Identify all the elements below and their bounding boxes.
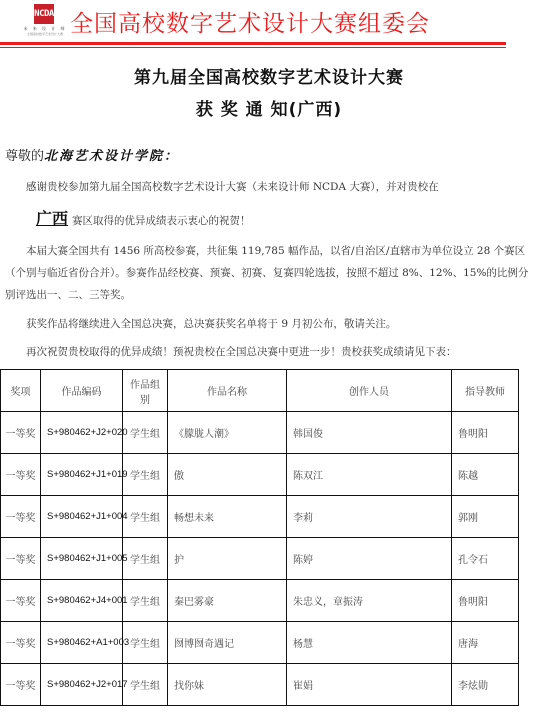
cell-advisor: 李炫勋 [452, 664, 519, 706]
region-congrats: 赛区取得的优异成绩表示衷心的祝贺！ [72, 215, 251, 227]
cell-group: 学生组 [123, 412, 168, 454]
cell-creators: 韩国俊 [287, 412, 452, 454]
cell-group: 学生组 [123, 622, 168, 664]
header-advisor: 指导教师 [452, 370, 519, 412]
cell-title: 《朦胧人潮》 [168, 412, 287, 454]
cell-advisor: 陈越 [452, 454, 519, 496]
cell-code: S+980462+J1+019 [41, 454, 123, 496]
region-name: 广西 [36, 209, 68, 228]
header-group: 作品组别 [123, 370, 168, 412]
cell-title: 傲 [168, 454, 287, 496]
table-row: 一等奖 S+980462+J1+019 学生组 傲 陈双江 陈越 [1, 454, 519, 496]
cell-code: S+980462+J4+001 [41, 580, 123, 622]
header-rule-thin [0, 47, 506, 48]
cell-creators: 李莉 [287, 496, 452, 538]
cell-creators: 陈双江 [287, 454, 452, 496]
header-rule-thick [0, 42, 506, 45]
cell-title: 畅想未来 [168, 496, 287, 538]
school-name: 北海艺术设计学院 [44, 149, 164, 164]
ncda-logo-icon: NCDA [34, 4, 54, 24]
cell-creators: 朱忠义，章振涛 [287, 580, 452, 622]
cell-group: 学生组 [123, 538, 168, 580]
logo-glyph: NCDA [34, 10, 54, 19]
salutation-colon: ： [164, 149, 179, 164]
cell-code: S+980462+J1+005 [41, 538, 123, 580]
cell-group: 学生组 [123, 664, 168, 706]
table-row: 一等奖 S+980462+A1+003 学生组 囫博囫奇遇记 杨慧 唐海 [1, 622, 519, 664]
cell-group: 学生组 [123, 454, 168, 496]
salutation-prefix: 尊敬的 [5, 149, 44, 164]
cell-group: 学生组 [123, 496, 168, 538]
cell-creators: 杨慧 [287, 622, 452, 664]
region-line: 广西赛区取得的优异成绩表示衷心的祝贺！ [36, 208, 251, 232]
paragraph-closing: 再次祝贺贵校取得的优异成绩！预祝贵校在全国总决赛中更进一步！贵校获奖成绩请见下表… [26, 341, 457, 363]
cell-award: 一等奖 [1, 622, 41, 664]
logo-subcaption: 全国高校数字艺术设计大赛 [20, 32, 70, 36]
header-creators: 创作人员 [287, 370, 452, 412]
organization-title: 全国高校数字艺术设计大赛组委会 [70, 5, 430, 38]
cell-code: S+980462+A1+003 [41, 622, 123, 664]
awards-table: 奖项 作品编码 作品组别 作品名称 创作人员 指导教师 一等奖 S+980462… [0, 369, 519, 706]
table-row: 一等奖 S+980462+J2+017 学生组 找你妹 崔娟 李炫勋 [1, 664, 519, 706]
cell-creators: 陈婷 [287, 538, 452, 580]
cell-advisor: 鲁明阳 [452, 580, 519, 622]
cell-title: 找你妹 [168, 664, 287, 706]
header-award: 奖项 [1, 370, 41, 412]
table-row: 一等奖 S+980462+J4+001 学生组 秦巴雾豪 朱忠义，章振涛 鲁明阳 [1, 580, 519, 622]
paragraph-stats: 本届大赛全国共有 1456 所高校参赛，共征集 119,785 幅作品，以省/自… [5, 240, 533, 306]
cell-award: 一等奖 [1, 664, 41, 706]
cell-code: S+980462+J1+004 [41, 496, 123, 538]
table-header-row: 奖项 作品编码 作品组别 作品名称 创作人员 指导教师 [1, 370, 519, 412]
paragraph-finals: 获奖作品将继续进入全国总决赛，总决赛获奖名单将于 9 月初公布，敬请关注。 [26, 313, 396, 335]
cell-advisor: 孔令石 [452, 538, 519, 580]
cell-creators: 崔娟 [287, 664, 452, 706]
cell-award: 一等奖 [1, 412, 41, 454]
document-subtitle: 获 奖 通 知(广西) [0, 95, 538, 120]
cell-award: 一等奖 [1, 496, 41, 538]
cell-award: 一等奖 [1, 454, 41, 496]
cell-title: 秦巴雾豪 [168, 580, 287, 622]
table-row: 一等奖 S+980462+J2+020 学生组 《朦胧人潮》 韩国俊 鲁明阳 [1, 412, 519, 454]
table-row: 一等奖 S+980462+J1+004 学生组 畅想未来 李莉 郭刚 [1, 496, 519, 538]
letterhead: NCDA 未 来 设 计 师 全国高校数字艺术设计大赛 全国高校数字艺术设计大赛… [0, 0, 538, 50]
cell-title: 护 [168, 538, 287, 580]
cell-advisor: 鲁明阳 [452, 412, 519, 454]
cell-group: 学生组 [123, 580, 168, 622]
cell-code: S+980462+J2+017 [41, 664, 123, 706]
header-title: 作品名称 [168, 370, 287, 412]
table-row: 一等奖 S+980462+J1+005 学生组 护 陈婷 孔令石 [1, 538, 519, 580]
cell-award: 一等奖 [1, 538, 41, 580]
header-code: 作品编码 [41, 370, 123, 412]
cell-title: 囫博囫奇遇记 [168, 622, 287, 664]
cell-code: S+980462+J2+020 [41, 412, 123, 454]
cell-award: 一等奖 [1, 580, 41, 622]
document-title: 第九届全国高校数字艺术设计大赛 [0, 63, 538, 88]
cell-advisor: 郭刚 [452, 496, 519, 538]
cell-advisor: 唐海 [452, 622, 519, 664]
salutation: 尊敬的北海艺术设计学院： [5, 145, 179, 164]
paragraph-thanks: 感谢贵校参加第九届全国高校数字艺术设计大赛（未来设计师 NCDA 大赛），并对贵… [26, 176, 439, 198]
